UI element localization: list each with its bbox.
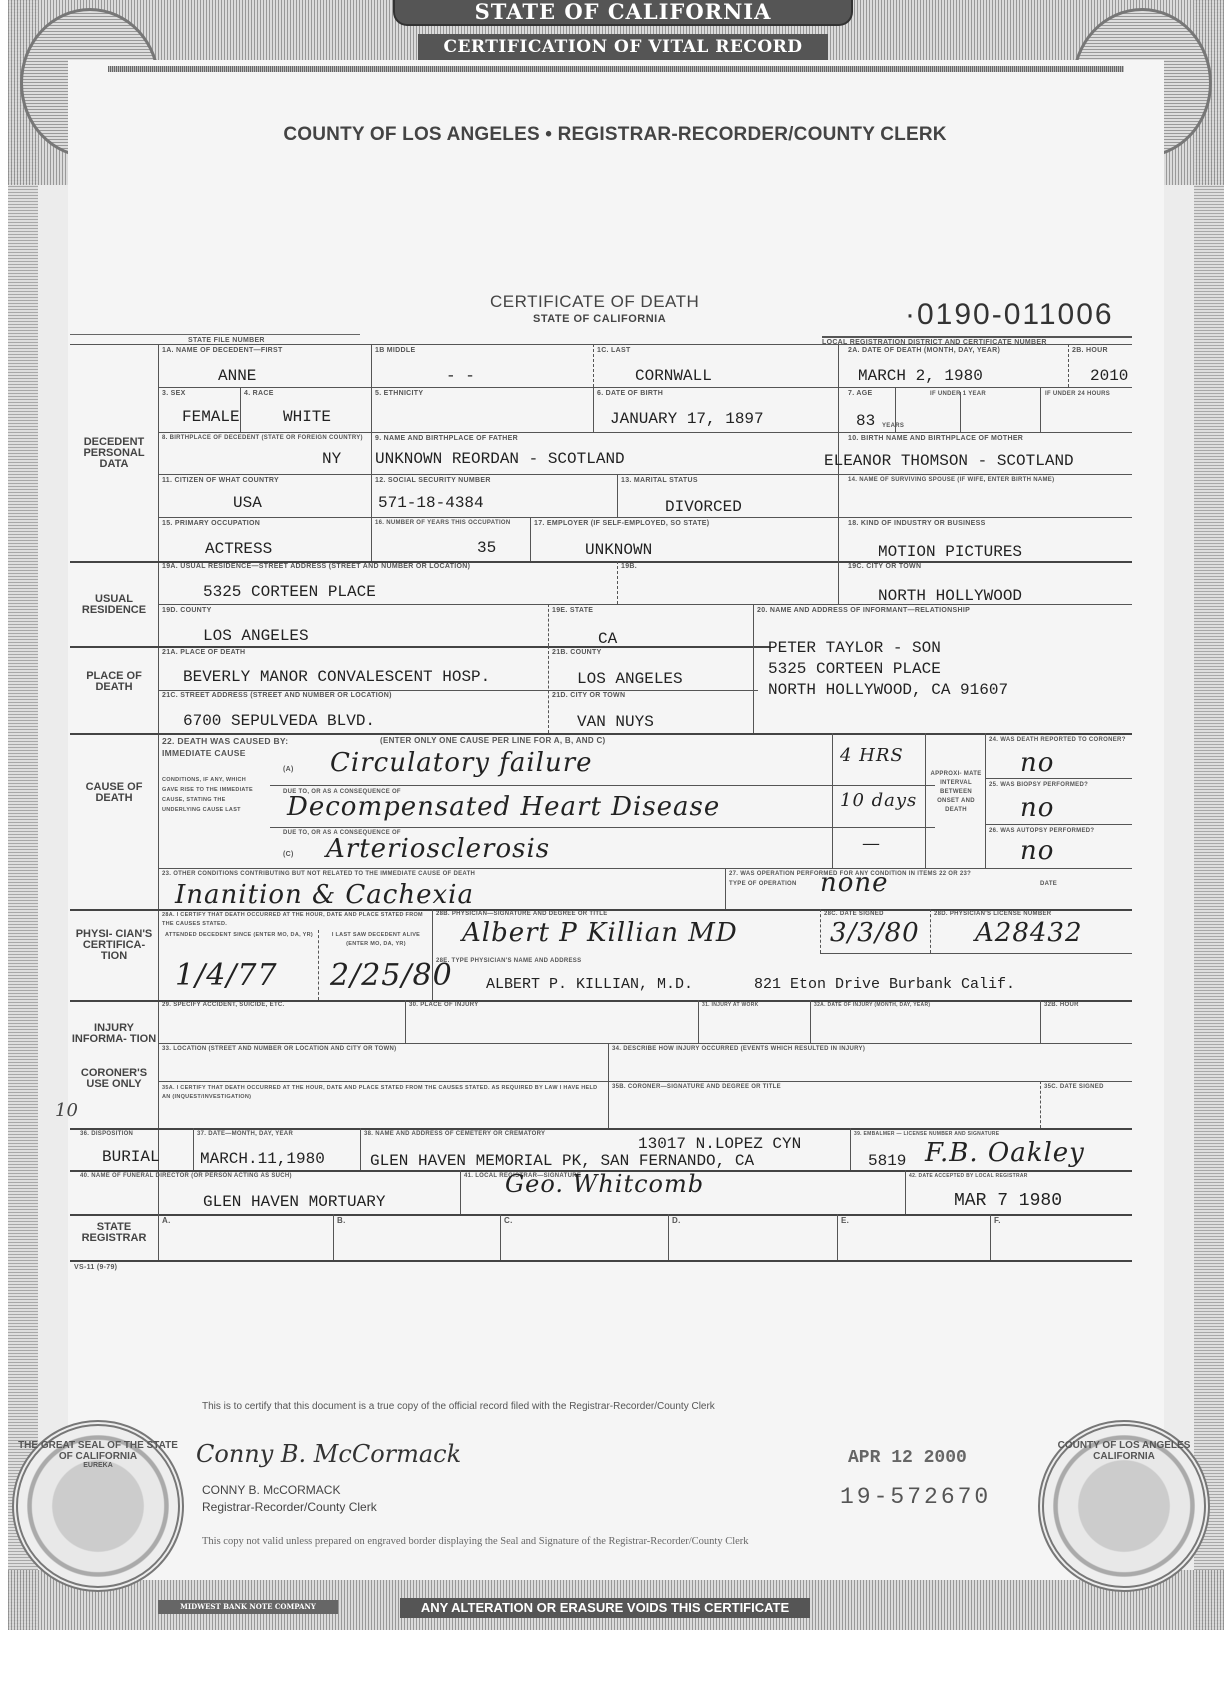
field-label: 28A. I CERTIFY THAT DEATH OCCURRED AT TH… [162, 911, 430, 929]
grid-line [810, 1000, 811, 1043]
field-label: 4. RACE [244, 390, 274, 397]
registrar-title: Registrar-Recorder/County Clerk [202, 1500, 377, 1514]
grid-line [70, 1260, 1132, 1262]
field-label: 35C. DATE SIGNED [1044, 1084, 1104, 1090]
field-label: 32B. HOUR [1044, 1002, 1079, 1008]
section-usual-residence: USUAL RESIDENCE [70, 594, 158, 616]
field-label: 33. LOCATION (STREET AND NUMBER OR LOCAT… [162, 1046, 396, 1052]
grid-line [593, 387, 594, 432]
grid-line [318, 930, 319, 1000]
grid-line [371, 432, 372, 517]
years-in-occupation: 35 [477, 539, 496, 557]
field-label: 18. KIND OF INDUSTRY OR BUSINESS [848, 520, 986, 527]
grid-line [548, 646, 549, 733]
field-label: 19D. COUNTY [162, 607, 212, 614]
grid-line [500, 1214, 501, 1260]
field-label: 37. DATE—MONTH, DAY, YEAR [197, 1131, 293, 1137]
grid-line [820, 909, 821, 953]
field-label: 31. INJURY AT WORK [702, 1002, 759, 1008]
section-cause-of-death: CAUSE OF DEATH [70, 782, 158, 804]
field-label: 29. SPECIFY ACCIDENT, SUICIDE, ETC. [162, 1002, 285, 1008]
funeral-director: GLEN HAVEN MORTUARY [203, 1193, 385, 1211]
field-label: 28D. PHYSICIAN'S LICENSE NUMBER [934, 911, 1051, 917]
form-title: CERTIFICATE OF DEATH [490, 292, 699, 312]
field-label: 21B. COUNTY [552, 649, 602, 656]
grid-line [70, 344, 1132, 345]
registrar-box-f: F. [994, 1216, 1001, 1225]
certification-statement: This is to certify that this document is… [202, 1401, 715, 1412]
physician-name: ALBERT P. KILLIAN, M.D. [486, 976, 693, 993]
grid-line [70, 1214, 1132, 1216]
autopsy-performed: no [1020, 836, 1054, 866]
grid-line [530, 517, 531, 561]
field-label: IF UNDER 24 HOURS [1045, 391, 1110, 397]
field-label: 40. NAME OF FUNERAL DIRECTOR (OR PERSON … [80, 1173, 292, 1179]
grid-line [593, 344, 594, 387]
physician-address: 821 Eton Drive Burbank Calif. [754, 976, 1015, 993]
grid-line [70, 1128, 1132, 1130]
cause-b: Decompensated Heart Disease [287, 792, 720, 822]
social-security-number: 571-18-4384 [378, 494, 484, 512]
grid-line [548, 604, 549, 646]
immediate-cause-label: IMMEDIATE CAUSE [162, 748, 246, 758]
field-label: 19C. CITY OR TOWN [848, 563, 921, 570]
field-label: 9. NAME AND BIRTHPLACE OF FATHER [375, 435, 518, 442]
decedent-middle-name: - - [446, 367, 475, 385]
sex: FEMALE [182, 408, 240, 426]
grid-line [270, 827, 935, 828]
field-label: 24. WAS DEATH REPORTED TO CORONER? [989, 737, 1126, 743]
decedent-first-name: ANNE [218, 367, 256, 385]
cause-instruction: (ENTER ONLY ONE CAUSE PER LINE FOR A, B,… [380, 736, 606, 745]
grid-line [930, 909, 931, 953]
field-label: 21D. CITY OR TOWN [552, 692, 625, 699]
field-label: 26. WAS AUTOPSY PERFORMED? [989, 828, 1094, 834]
place-of-death-street: 6700 SEPULVEDA BLVD. [183, 712, 375, 730]
grid-line [158, 1214, 159, 1260]
hour-of-death: 2010 [1090, 367, 1128, 385]
grid-line [158, 1081, 1132, 1082]
grid-line [905, 1170, 906, 1214]
place-of-death: BEVERLY MANOR CONVALESCENT HOSP. [183, 668, 490, 686]
last-seen-label: I LAST SAW DECEDENT ALIVE (ENTER MO, DA,… [322, 931, 430, 949]
place-of-death-city: VAN NUYS [577, 713, 654, 731]
cause-c: Arteriosclerosis [326, 834, 550, 864]
state-seal-icon: THE GREAT SEAL OF THE STATE OF CALIFORNI… [12, 1420, 184, 1592]
grid-line [193, 1128, 194, 1170]
grid-line [1068, 344, 1069, 387]
field-label: 11. CITIZEN OF WHAT COUNTRY [162, 477, 279, 484]
father-name-birthplace: UNKNOWN REORDAN - SCOTLAND [375, 450, 625, 468]
alteration-warning: ANY ALTERATION OR ERASURE VOIDS THIS CER… [400, 1598, 810, 1618]
cause-b-interval: 10 days [840, 790, 917, 811]
field-label: 1C. LAST [597, 347, 631, 354]
validity-notice: This copy not valid unless prepared on e… [202, 1535, 802, 1548]
grid-line [1040, 1000, 1041, 1043]
operation: none [820, 868, 889, 898]
field-label: 42. DATE ACCEPTED BY LOCAL REGISTRAR [909, 1173, 1028, 1179]
field-label: 36. DISPOSITION [80, 1131, 133, 1137]
field-label: 23. OTHER CONDITIONS CONTRIBUTING BUT NO… [162, 871, 475, 877]
grid-line [820, 953, 1132, 954]
residence-state: CA [598, 630, 617, 648]
field-label: 25. WAS BIOPSY PERFORMED? [989, 782, 1088, 788]
cause-c-label: (C) [283, 851, 294, 858]
state-file-number-label: STATE FILE NUMBER [70, 334, 360, 344]
grid-line [990, 1214, 991, 1260]
margin-note: 10 [55, 1100, 78, 1121]
grid-line [985, 824, 1132, 825]
employer: UNKNOWN [585, 541, 652, 559]
other-conditions: Inanition & Cachexia [175, 880, 474, 910]
registrar-box-d: D. [672, 1216, 681, 1225]
registrar-box-a: A. [162, 1216, 171, 1225]
form-subtitle: STATE OF CALIFORNIA [533, 313, 666, 325]
grid-line [158, 432, 1132, 433]
top-rule-divider [108, 66, 1124, 72]
grid-line [158, 344, 159, 1220]
biopsy-performed: no [1020, 793, 1054, 823]
registrar-box-e: E. [841, 1216, 849, 1225]
field-label: 32A. DATE OF INJURY (MONTH, DAY, YEAR) [814, 1002, 930, 1008]
registrar-name: CONNY B. McCORMACK [202, 1483, 340, 1497]
grid-line [698, 1000, 699, 1043]
grid-line [333, 1214, 334, 1260]
residence-county: LOS ANGELES [203, 627, 309, 645]
field-label: 35B. CORONER—SIGNATURE AND DEGREE OR TIT… [612, 1084, 781, 1090]
cemetery-name: GLEN HAVEN MEMORIAL PK, SAN FERNANDO, CA [370, 1152, 754, 1170]
field-label: 35A. I CERTIFY THAT DEATH OCCURRED AT TH… [162, 1084, 602, 1102]
field-label: 21C. STREET ADDRESS (STREET AND NUMBER O… [162, 692, 392, 699]
field-label: 39. EMBALMER — LICENSE NUMBER AND SIGNAT… [854, 1131, 999, 1137]
cemetery-address: 13017 N.LOPEZ CYN [638, 1135, 801, 1153]
grid-line [360, 1128, 361, 1170]
attended-since: 1/4/77 [175, 958, 278, 993]
field-label: 30. PLACE OF INJURY [409, 1002, 479, 1008]
field-label: 28C. DATE SIGNED [824, 911, 884, 917]
date-signed: 3/3/80 [830, 918, 920, 948]
birthplace: NY [322, 450, 341, 468]
field-label: 17. EMPLOYER (IF SELF-EMPLOYED, SO STATE… [534, 520, 709, 527]
field-label: 38. NAME AND ADDRESS OF CEMETERY OR CREM… [364, 1131, 545, 1137]
reported-to-coroner: no [1020, 748, 1054, 778]
field-label: 1B MIDDLE [375, 347, 415, 354]
grid-line [270, 785, 935, 786]
field-label: 7. AGE [848, 390, 873, 397]
field-label: 12. SOCIAL SECURITY NUMBER [375, 477, 491, 484]
county-seal-text: COUNTY OF LOS ANGELES CALIFORNIA [1044, 1440, 1204, 1462]
decedent-last-name: CORNWALL [635, 367, 712, 385]
grid-line [405, 1000, 406, 1043]
field-label: 8. BIRTHPLACE OF DECEDENT (STATE OR FORE… [162, 435, 363, 441]
form-code: VS-11 (9-79) [74, 1264, 117, 1271]
section-place-of-death: PLACE OF DEATH [70, 671, 158, 693]
grid-line [725, 868, 726, 909]
grid-line [1040, 387, 1041, 432]
copy-serial-number: 19-572670 [840, 1484, 991, 1510]
grid-line [925, 733, 926, 868]
residence-street: 5325 CORTEEN PLACE [203, 583, 376, 601]
age: 83 [856, 412, 875, 430]
grid-line [158, 868, 1132, 869]
local-registrar-signature: Geo. Whitcomb [505, 1170, 704, 1198]
field-label: 19B. [621, 563, 637, 570]
cause-a: Circulatory failure [330, 748, 593, 778]
physician-signature: Albert P Killian MD [462, 918, 738, 948]
field-label: 34. DESCRIBE HOW INJURY OCCURRED (EVENTS… [612, 1046, 865, 1052]
informant-city: NORTH HOLLYWOOD, CA 91607 [768, 681, 1008, 699]
grid-line [832, 733, 833, 868]
grid-line [158, 387, 1132, 388]
conditions-label: CONDITIONS, IF ANY, WHICH GAVE RISE TO T… [162, 775, 260, 815]
date-of-death: MARCH 2, 1980 [858, 367, 983, 385]
field-label: 3. SEX [162, 390, 186, 397]
registrar-box-b: B. [337, 1216, 346, 1225]
field-label: IF UNDER 1 YEAR [930, 391, 986, 397]
grid-line [240, 387, 241, 432]
disposition-date: MARCH.11,1980 [200, 1150, 325, 1168]
section-decedent: DECEDENT PERSONAL DATA [70, 437, 158, 470]
engraved-border-right [1194, 0, 1224, 1630]
banner-certification: CERTIFICATION OF VITAL RECORD [418, 34, 828, 60]
grid-line [1040, 1081, 1041, 1128]
field-label: 28E. TYPE PHYSICIAN'S NAME AND ADDRESS [436, 958, 581, 964]
grid-line [158, 1043, 1132, 1044]
informant-address: 5325 CORTEEN PLACE [768, 660, 941, 678]
section-injury: INJURY INFORMA- TION [70, 1023, 158, 1045]
cause-a-interval: 4 HRS [840, 745, 904, 766]
field-label: 6. DATE OF BIRTH [597, 390, 663, 397]
engraved-border-left [8, 0, 38, 1630]
section-state-registrar: STATE REGISTRAR [70, 1222, 158, 1244]
industry: MOTION PICTURES [878, 543, 1022, 561]
grid-line [985, 778, 1132, 779]
field-label: 19A. USUAL RESIDENCE—STREET ADDRESS (STR… [162, 563, 470, 570]
last-seen-alive: 2/25/80 [330, 958, 453, 993]
registrar-signature: Conny B. McCormack [196, 1440, 461, 1468]
grid-line [158, 690, 758, 691]
attended-since-label: ATTENDED DECEDENT SINCE (ENTER MO, DA, Y… [162, 931, 316, 940]
field-label: 2B. HOUR [1072, 347, 1108, 354]
grid-line [617, 561, 618, 604]
interval-label: APPROXI- MATE INTERVAL BETWEEN ONSET AND… [930, 770, 982, 815]
banner-state-of-california: STATE OF CALIFORNIA [393, 0, 853, 26]
grid-line [371, 344, 372, 432]
field-label: 1A. NAME OF DECEDENT—FIRST [162, 347, 283, 354]
grid-line [837, 1214, 838, 1260]
field-label: 5. ETHNICITY [375, 390, 423, 397]
field-label: 14. NAME OF SURVIVING SPOUSE (IF WIFE, E… [848, 477, 1054, 483]
field-label: 21A. PLACE OF DEATH [162, 649, 245, 656]
field-label: 10. BIRTH NAME AND BIRTHPLACE OF MOTHER [848, 435, 1023, 442]
citizenship: USA [233, 494, 262, 512]
place-of-death-county: LOS ANGELES [577, 670, 683, 688]
field-label: 28B. PHYSICIAN—SIGNATURE AND DEGREE OR T… [436, 911, 608, 917]
cause-a-label: (A) [283, 766, 294, 773]
field-label: 19E. STATE [552, 607, 593, 614]
certificate-number: ·0190-011006 [905, 298, 1114, 332]
cause-c-interval: — [862, 833, 881, 854]
section-coroner: CORONER'S USE ONLY [70, 1068, 158, 1090]
grid-line [371, 517, 372, 561]
grid-line [753, 604, 754, 733]
field-label: 20. NAME AND ADDRESS OF INFORMANT—RELATI… [757, 607, 970, 614]
grid-line [158, 474, 1132, 475]
physician-license: A28432 [975, 918, 1083, 948]
occupation: ACTRESS [205, 540, 272, 558]
grid-line [70, 733, 1132, 735]
field-label: TYPE OF OPERATION [729, 881, 797, 887]
grid-line [608, 1043, 609, 1128]
issue-date-stamp: APR 12 2000 [848, 1448, 967, 1468]
date-accepted: MAR 7 1980 [954, 1191, 1062, 1211]
grid-line [960, 392, 961, 432]
grid-line [617, 474, 618, 517]
bank-note-company: MIDWEST BANK NOTE COMPANY [158, 1600, 338, 1614]
field-label: DATE [1040, 881, 1057, 887]
age-unit: YEARS [882, 423, 904, 429]
grid-line [850, 1128, 851, 1170]
mother-name-birthplace: ELEANOR THOMSON - SCOTLAND [824, 452, 1074, 470]
date-of-birth: JANUARY 17, 1897 [610, 410, 764, 428]
grid-line [158, 517, 1132, 518]
residence-city: NORTH HOLLYWOOD [878, 587, 1022, 605]
field-label: 2A. DATE OF DEATH (MONTH, DAY, YEAR) [848, 347, 1000, 354]
state-seal-motto: EUREKA [18, 1462, 178, 1469]
county-header: COUNTY OF LOS ANGELES • REGISTRAR-RECORD… [200, 124, 1030, 146]
grid-line [985, 733, 986, 868]
section-physician: PHYSI- CIAN'S CERTIFICA- TION [70, 929, 158, 962]
disposition: BURIAL [102, 1148, 160, 1166]
field-label: 15. PRIMARY OCCUPATION [162, 520, 260, 527]
informant-name: PETER TAYLOR - SON [768, 639, 941, 657]
state-seal-text: THE GREAT SEAL OF THE STATE OF CALIFORNI… [18, 1440, 178, 1462]
county-seal-icon: COUNTY OF LOS ANGELES CALIFORNIA [1038, 1420, 1210, 1592]
marital-status: DIVORCED [665, 498, 742, 516]
race: WHITE [283, 408, 331, 426]
grid-line [460, 1170, 461, 1214]
registrar-box-c: C. [504, 1216, 513, 1225]
grid-line [70, 646, 770, 648]
field-label: 16. NUMBER OF YEARS THIS OCCUPATION [375, 520, 511, 526]
embalmer-signature: F.B. Oakley [925, 1138, 1085, 1168]
embalmer-license: 5819 [868, 1152, 906, 1170]
field-label: 22. DEATH WAS CAUSED BY: [162, 736, 288, 746]
grid-line [838, 561, 839, 604]
field-label: 13. MARITAL STATUS [621, 477, 698, 484]
grid-line [668, 1214, 669, 1260]
